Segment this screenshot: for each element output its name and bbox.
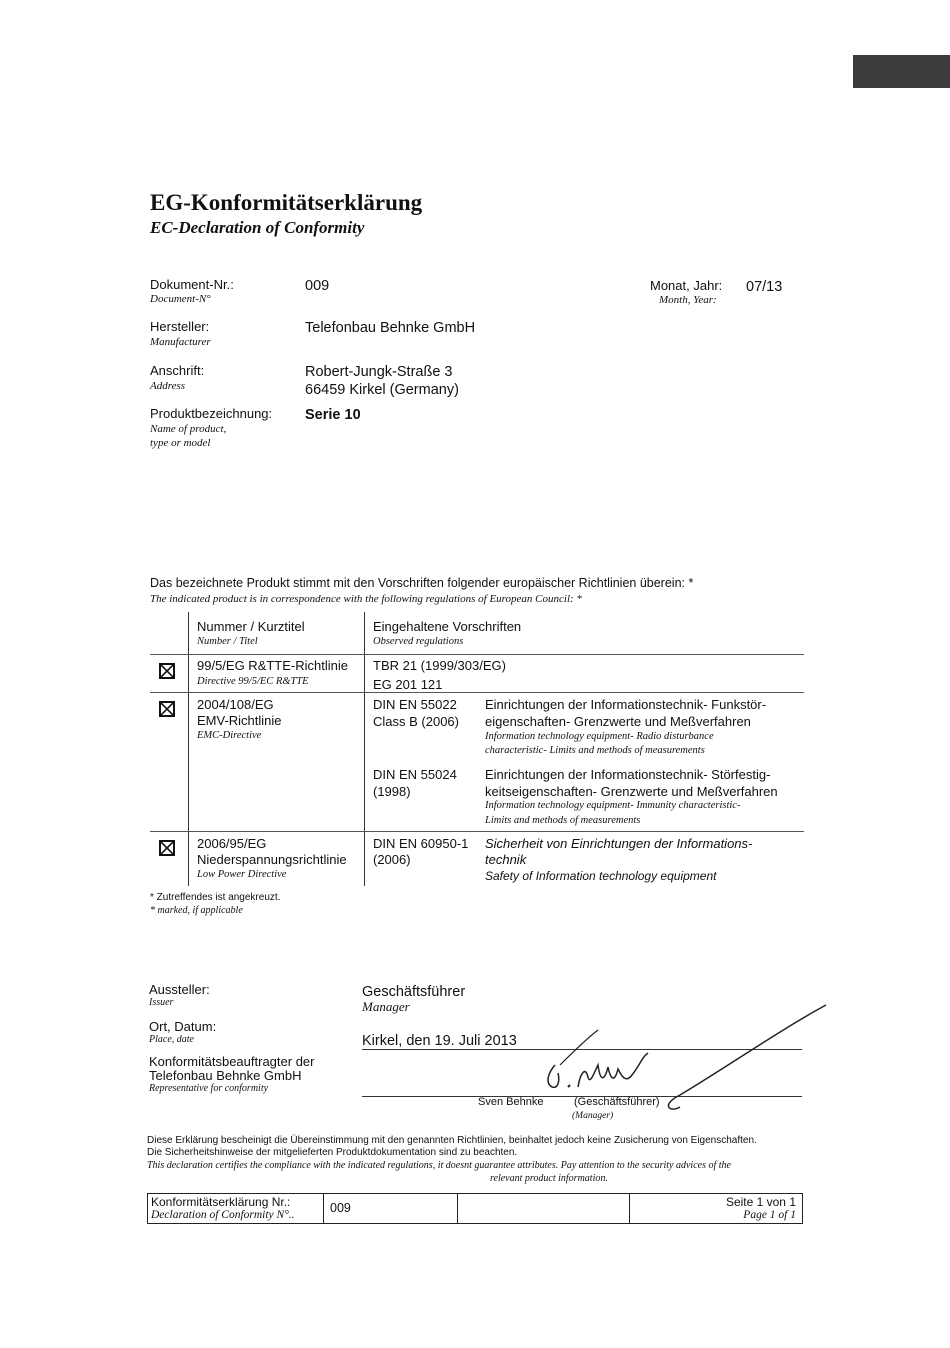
issuer-value-en: Manager (362, 999, 410, 1015)
page-edge-tab-marker (853, 55, 950, 88)
document-no-label-en: Document-N° (150, 292, 211, 306)
disclaimer-line-2: Die Sicherheitshinweise der mitgeliefert… (147, 1147, 517, 1158)
month-year-label-en: Month, Year: (659, 293, 717, 307)
row-emc-std1-desc: Einrichtungen der Informationstechnik- F… (485, 697, 766, 713)
footer-label: Konformitätserklärung Nr.: (151, 1195, 290, 1209)
document-subtitle: EC-Declaration of Conformity (150, 218, 364, 238)
checked-x-icon (161, 703, 173, 715)
representative-label-2: Telefonbau Behnke GmbH (149, 1068, 301, 1083)
issuer-label: Aussteller: (149, 982, 210, 997)
checked-x-icon (161, 842, 173, 854)
issuer-label-en: Issuer (149, 996, 173, 1010)
disclaimer-line-1: Diese Erklärung bescheinigt die Übereins… (147, 1135, 757, 1146)
footer-page: Seite 1 von 1 (726, 1195, 796, 1209)
row-emc-std2-desc-en-2: Limits and methods of measurements (485, 814, 640, 828)
row-emc-std1-desc-2: eigenschaften- Grenzwerte und Meßverfahr… (485, 714, 751, 730)
checkbox-rtte[interactable] (159, 663, 175, 679)
table-divider (150, 692, 804, 693)
row-lv-std-desc: Sicherheit von Einrichtungen der Informa… (485, 836, 752, 852)
table-divider (150, 831, 804, 832)
product-label-en-2: type or model (150, 436, 210, 450)
header-observed-en: Observed regulations (373, 635, 463, 649)
row-emc-title-2: EMV-Richtlinie (197, 713, 282, 729)
table-divider (150, 654, 804, 655)
row-lv-std-code: DIN EN 60950-1 (373, 836, 468, 852)
row-lv-title-2: Niederspannungsrichtlinie (197, 852, 347, 868)
place-date-label: Ort, Datum: (149, 1019, 216, 1034)
address-label-en: Address (150, 379, 185, 393)
row-emc-std1-code: DIN EN 55022 (373, 697, 457, 713)
representative-label: Konformitätsbeauftragter der (149, 1054, 314, 1069)
row-lv-std-desc-en: Safety of Information technology equipme… (485, 868, 716, 884)
checkbox-low-voltage[interactable] (159, 840, 175, 856)
footer-page-en: Page 1 of 1 (743, 1209, 796, 1221)
footnote-en: * marked, if applicable (150, 905, 243, 916)
row-lv-title: 2006/95/EG (197, 836, 266, 852)
document-no-value: 009 (305, 277, 329, 295)
row-emc-std1-desc-en-2: characteristic- Limits and methods of me… (485, 744, 705, 758)
header-observed: Eingehaltene Vorschriften (373, 619, 521, 635)
product-label: Produktbezeichnung: (150, 406, 272, 421)
signer-role-en: (Manager) (572, 1111, 613, 1121)
disclaimer-en-line-2: relevant product information. (490, 1173, 608, 1184)
row-emc-std2-code-2: (1998) (373, 784, 411, 800)
row-emc-std2-desc-en: Information technology equipment- Immuni… (485, 799, 740, 813)
row-lv-std-code-2: (2006) (373, 852, 411, 868)
address-line-1: Robert-Jungk-Straße 3 (305, 363, 452, 381)
header-number-en: Number / Titel (197, 635, 258, 649)
row-emc-std2-code: DIN EN 55024 (373, 767, 457, 783)
row-rtte-standard-1: TBR 21 (1999/303/EG) (373, 658, 506, 674)
disclaimer-en-line-1: This declaration certifies the complianc… (147, 1160, 731, 1171)
footer-number: 009 (330, 1201, 351, 1215)
address-line-2: 66459 Kirkel (Germany) (305, 381, 459, 399)
intro-text-en: The indicated product is in corresponden… (150, 593, 582, 605)
footnote: * Zutreffendes ist angekreuzt. (150, 892, 280, 903)
footer-table: Konformitätserklärung Nr.: Declaration o… (147, 1193, 803, 1224)
row-lv-title-en: Low Power Directive (197, 868, 286, 882)
row-rtte-standard-2: EG 201 121 (373, 677, 442, 693)
header-number: Nummer / Kurztitel (197, 619, 305, 635)
representative-label-en: Representative for conformity (149, 1082, 268, 1096)
row-emc-std2-desc-2: keitseigenschaften- Grenzwerte und Meßve… (485, 784, 778, 800)
place-date-label-en: Place, date (149, 1033, 194, 1047)
month-year-label: Monat, Jahr: (650, 278, 722, 293)
row-emc-std1-desc-en: Information technology equipment- Radio … (485, 730, 714, 744)
manufacturer-value: Telefonbau Behnke GmbH (305, 319, 475, 337)
row-rtte-title: 99/5/EG R&TTE-Richtlinie (197, 658, 348, 674)
row-emc-title-en: EMC-Directive (197, 729, 261, 743)
row-emc-std1-code-2: Class B (2006) (373, 714, 459, 730)
checkbox-emc[interactable] (159, 701, 175, 717)
signer-role: (Geschäftsführer) (574, 1096, 660, 1108)
manufacturer-label: Hersteller: (150, 319, 209, 334)
manufacturer-label-en: Manufacturer (150, 335, 211, 349)
document-no-label: Dokument-Nr.: (150, 277, 234, 292)
document-title: EG-Konformitätserklärung (150, 190, 422, 216)
row-emc-std2-desc: Einrichtungen der Informationstechnik- S… (485, 767, 770, 783)
footer-label-en: Declaration of Conformity N°.. (151, 1209, 295, 1221)
signer-name: Sven Behnke (478, 1096, 543, 1108)
row-lv-std-desc-2: technik (485, 852, 526, 868)
address-label: Anschrift: (150, 363, 204, 378)
checked-x-icon (161, 665, 173, 677)
place-date-value: Kirkel, den 19. Juli 2013 (362, 1032, 517, 1050)
intro-text: Das bezeichnete Produkt stimmt mit den V… (150, 576, 693, 590)
month-year-value: 07/13 (746, 278, 782, 296)
row-rtte-title-en: Directive 99/5/EC R&TTE (197, 675, 309, 689)
product-value: Serie 10 (305, 406, 361, 424)
row-emc-title: 2004/108/EG (197, 697, 274, 713)
product-label-en-1: Name of product, (150, 422, 226, 436)
